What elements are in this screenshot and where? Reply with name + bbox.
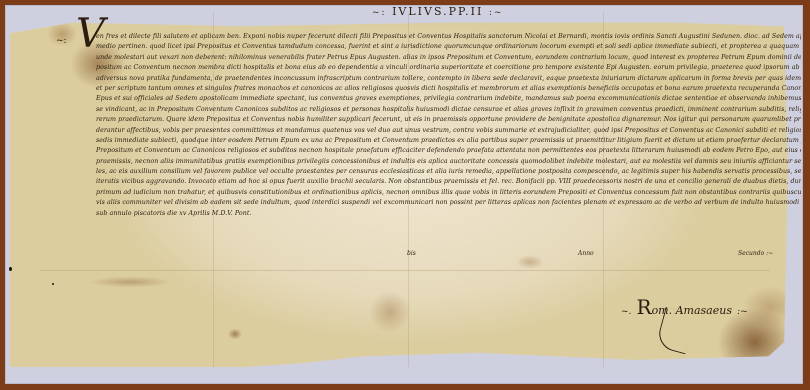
date-secundo: Secundo :~ bbox=[738, 250, 773, 257]
ink-spot bbox=[9, 267, 12, 271]
signature-initial: R bbox=[637, 295, 652, 319]
initial-ornament: ~: bbox=[56, 36, 67, 46]
text-line: sedis immediate subiecti, quodque inter … bbox=[96, 136, 801, 146]
text-line: praemissis, necnon aliis immunitatibus g… bbox=[96, 157, 801, 167]
date-anno: Anno bbox=[578, 250, 594, 257]
text-line: adiversus nova pratika fundamenta, de pr… bbox=[96, 74, 801, 84]
text-line: medio pertinen. quod licet ipsi Preposit… bbox=[96, 42, 801, 52]
ink-spot bbox=[52, 283, 54, 285]
document-heading: ~: IVLIVS.PP.II :~ bbox=[372, 5, 503, 18]
heading-ornament-right: :~ bbox=[489, 8, 504, 18]
text-line: positum ac Conventum necnon membra dicti… bbox=[96, 63, 801, 73]
signature-ornament-left: ~. bbox=[621, 307, 631, 317]
document-body: en fres et dilecte fili salutem et aplic… bbox=[96, 32, 801, 219]
text-line: rerum praedictarum. Quare idem Prepositu… bbox=[96, 115, 801, 125]
text-line: primum ad iudicium non trahatur, et quib… bbox=[96, 188, 801, 198]
text-line: et per scriptum tantum omnes et singulos… bbox=[96, 84, 801, 94]
text-line: derantur affectibus, vobis per praesente… bbox=[96, 126, 801, 136]
text-line: sub annulo piscatoris die xv Aprilis M.D… bbox=[96, 209, 801, 219]
heading-text: IVLIVS.PP.II bbox=[392, 5, 483, 18]
signature-ornament-right: :~ bbox=[737, 307, 748, 317]
text-line: iteratis vicibus aggravando. Invocato et… bbox=[96, 177, 801, 187]
text-line: Epus et sui officiales ad Sedem apostoli… bbox=[96, 94, 801, 104]
fold-line bbox=[40, 270, 770, 271]
margin-note: bis bbox=[407, 250, 416, 257]
text-line: en fres et dilecte fili salutem et aplic… bbox=[96, 32, 801, 42]
text-line: unde molestari aut vexari non deberent: … bbox=[96, 53, 801, 63]
text-line: Prepositum et Conventum ac Canonicos rel… bbox=[96, 146, 801, 156]
text-line: les, ac eis auxilium consilium vel favor… bbox=[96, 167, 801, 177]
text-line: se vindicant, ac in Prepositum Conventum… bbox=[96, 105, 801, 115]
text-line: vis aliis communiter vel divisim ab eade… bbox=[96, 198, 801, 208]
heading-ornament-left: ~: bbox=[372, 8, 387, 18]
